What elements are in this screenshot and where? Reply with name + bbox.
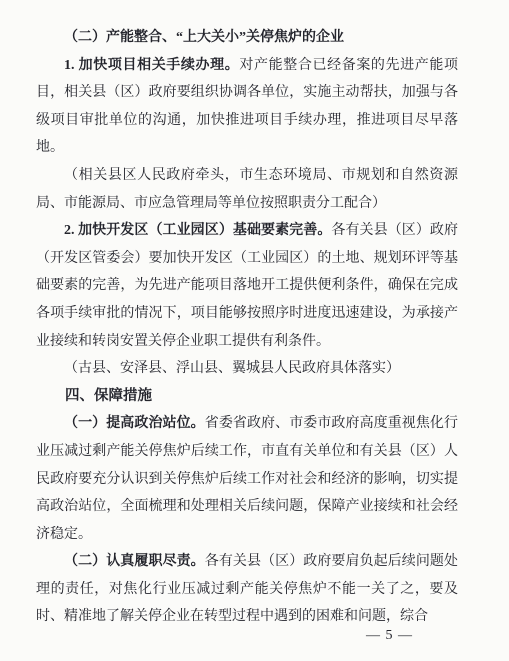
paragraph-item-2: 2. 加快开发区（工业园区）基础要素完善。各有关县（区）政府（开发区管委会）要加… [36, 217, 458, 355]
paragraph-item-1-note-text: （相关县区人民政府牵头，市生态环境局、市规划和自然资源局、市能源局、市应急管理局… [36, 168, 458, 211]
paragraph-safeguard-2-lead: （二）认真履职尽责。 [64, 554, 205, 569]
paragraph-item-2-note: （古县、安泽县、浮山县、翼城县人民政府具体落实） [36, 355, 458, 383]
section-heading-level1-text: 四、保障措施 [65, 388, 152, 404]
document-page: （二）产能整合、“上大关小”关停焦炉的企业1. 加快项目相关手续办理。对产能整合… [0, 0, 509, 661]
paragraph-item-2-note-text: （古县、安泽县、浮山县、翼城县人民政府具体落实） [64, 361, 400, 376]
section-heading-level2-text: （二）产能整合、“上大关小”关停焦炉的企业 [64, 30, 344, 45]
page-number: — 5 — [0, 628, 413, 644]
document-body: （二）产能整合、“上大关小”关停焦炉的企业1. 加快项目相关手续办理。对产能整合… [0, 0, 509, 631]
section-heading-level1: 四、保障措施 [36, 383, 458, 411]
paragraph-safeguard-2: （二）认真履职尽责。各有关县（区）政府要肩负起后续问题处理的责任，对焦化行业压减… [36, 548, 458, 631]
paragraph-safeguard-1-text: 省委省政府、市委市政府高度重视焦化行业压减过剩产能关停焦炉后续工作，市直有关单位… [36, 416, 458, 541]
paragraph-item-1-note: （相关县区人民政府牵头，市生态环境局、市规划和自然资源局、市能源局、市应急管理局… [36, 162, 458, 217]
paragraph-item-2-text: 各有关县（区）政府（开发区管委会）要加快开发区（工业园区）的土地、规划环评等基础… [36, 223, 458, 348]
section-heading-level2: （二）产能整合、“上大关小”关停焦炉的企业 [36, 24, 458, 52]
paragraph-item-2-lead: 2. 加快开发区（工业园区）基础要素完善。 [64, 223, 331, 238]
paragraph-item-1: 1. 加快项目相关手续办理。对产能整合已经备案的先进产能项目，相关县（区）政府要… [36, 52, 458, 162]
paragraph-safeguard-1: （一）提高政治站位。省委省政府、市委市政府高度重视焦化行业压减过剩产能关停焦炉后… [36, 410, 458, 548]
paragraph-item-1-lead: 1. 加快项目相关手续办理。 [64, 58, 239, 73]
paragraph-safeguard-1-lead: （一）提高政治站位。 [64, 416, 205, 431]
